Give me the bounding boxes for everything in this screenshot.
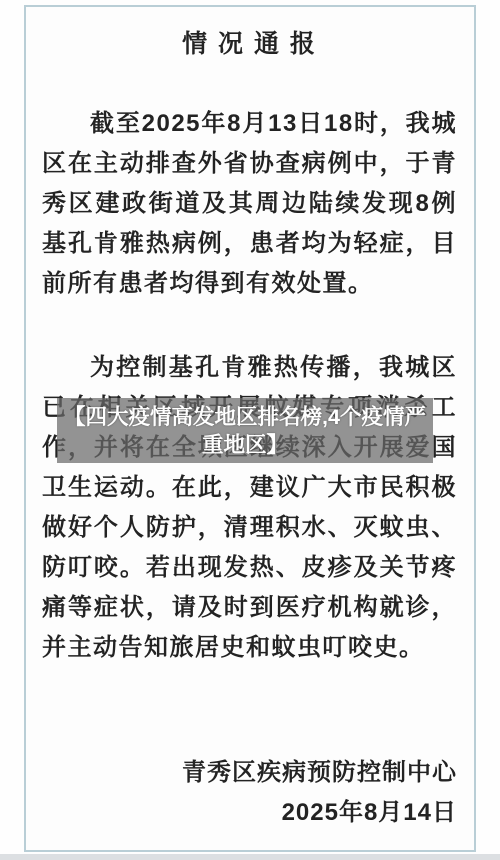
- caption-text: 【四大疫情高发地区排名榜,4个疫情严重地区】: [63, 403, 427, 459]
- signature-block: 青秀区疾病预防控制中心 2025年8月14日: [42, 753, 457, 833]
- caption-overlay: 【四大疫情高发地区排名榜,4个疫情严重地区】: [57, 398, 433, 463]
- notice-paragraph-1: 截至2025年8月13日18时，我城区在主动排查外省协查病例中，于青秀区建政街道…: [42, 104, 457, 304]
- notice-paragraph-2: 为控制基孔肯雅热传播，我城区已在相关区域开展蚊媒专项消杀工作，并将在全城区继续深…: [42, 348, 457, 668]
- issue-date: 2025年8月14日: [42, 793, 457, 833]
- notice-screenshot: 情 况 通 报 截至2025年8月13日18时，我城区在主动排查外省协查病例中，…: [0, 0, 500, 860]
- bottom-edge-strip: [0, 854, 500, 860]
- notice-title: 情 况 通 报: [42, 29, 457, 59]
- issuer-signature: 青秀区疾病预防控制中心: [42, 753, 457, 793]
